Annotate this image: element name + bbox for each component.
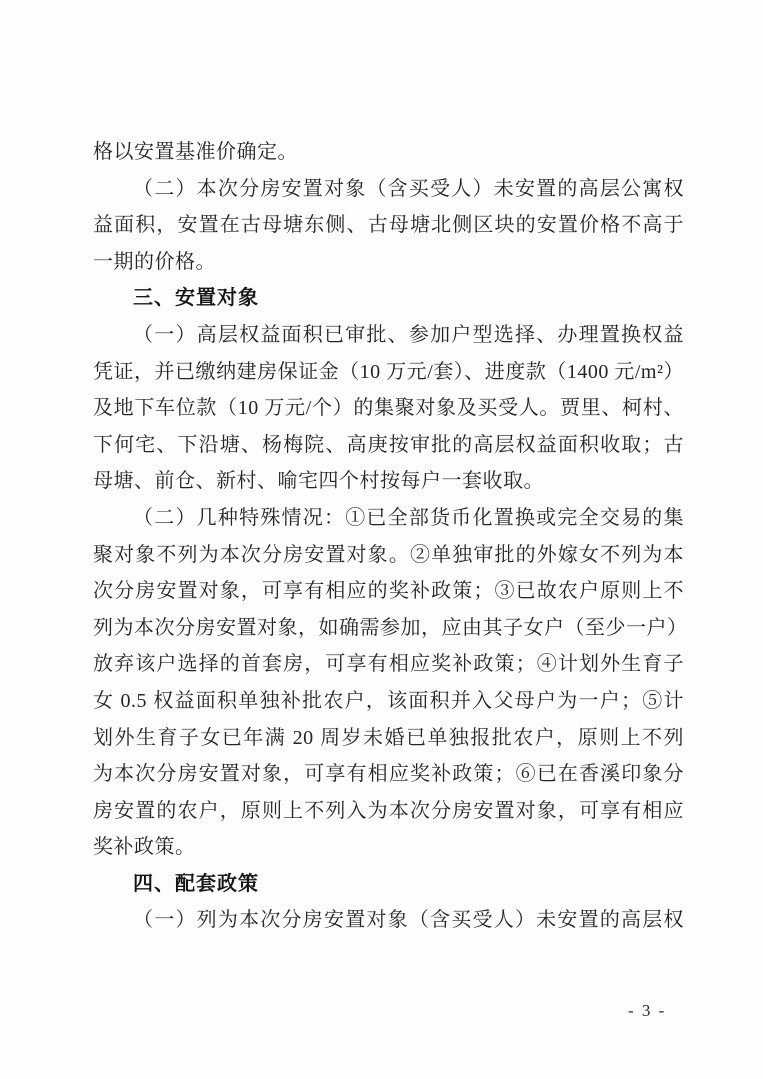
document-lines: 格以安置基准价确定。（二）本次分房安置对象（含买受人）未安置的高层公寓权益面积，… — [93, 134, 684, 939]
text-line: （一）高层权益面积已审批、参加户型选择、办理置换权益 — [93, 317, 684, 354]
page-number: - 3 - — [628, 1001, 666, 1021]
text-line: 放弃该户选择的首套房，可享有相应奖补政策；④计划外生育子 — [93, 646, 684, 683]
text-line: （一）列为本次分房安置对象（含买受人）未安置的高层权 — [93, 902, 684, 939]
text-line: （二）几种特殊情况：①已全部货币化置换或完全交易的集 — [93, 500, 684, 537]
text-line: 房安置的农户，原则上不列入为本次分房安置对象，可享有相应 — [93, 793, 684, 830]
text-line: 奖补政策。 — [93, 829, 684, 866]
text-line: 女 0.5 权益面积单独补批农户，该面积并入父母户为一户；⑤计 — [93, 683, 684, 720]
text-line: 一期的价格。 — [93, 244, 684, 281]
text-line: （二）本次分房安置对象（含买受人）未安置的高层公寓权 — [93, 171, 684, 208]
text-line: 格以安置基准价确定。 — [93, 134, 684, 171]
document-page: 格以安置基准价确定。（二）本次分房安置对象（含买受人）未安置的高层公寓权益面积，… — [0, 0, 763, 1079]
section-heading: 三、安置对象 — [93, 280, 684, 317]
text-line: 益面积，安置在古母塘东侧、古母塘北侧区块的安置价格不高于 — [93, 207, 684, 244]
text-line: 次分房安置对象，可享有相应的奖补政策；③已故农户原则上不 — [93, 573, 684, 610]
text-line: 列为本次分房安置对象，如确需参加，应由其子女户（至少一户） — [93, 610, 684, 647]
text-line: 聚对象不列为本次分房安置对象。②单独审批的外嫁女不列为本 — [93, 537, 684, 574]
text-line: 及地下车位款（10 万元/个）的集聚对象及买受人。贾里、柯村、 — [93, 390, 684, 427]
text-line: 凭证，并已缴纳建房保证金（10 万元/套）、进度款（1400 元/m²） — [93, 354, 684, 391]
text-line: 下何宅、下沿塘、杨梅院、高庚按审批的高层权益面积收取；古 — [93, 427, 684, 464]
text-line: 为本次分房安置对象，可享有相应奖补政策；⑥已在香溪印象分 — [93, 756, 684, 793]
text-line: 划外生育子女已年满 20 周岁未婚已单独报批农户，原则上不列 — [93, 720, 684, 757]
section-heading: 四、配套政策 — [93, 866, 684, 903]
text-line: 母塘、前仓、新村、喻宅四个村按每户一套收取。 — [93, 463, 684, 500]
